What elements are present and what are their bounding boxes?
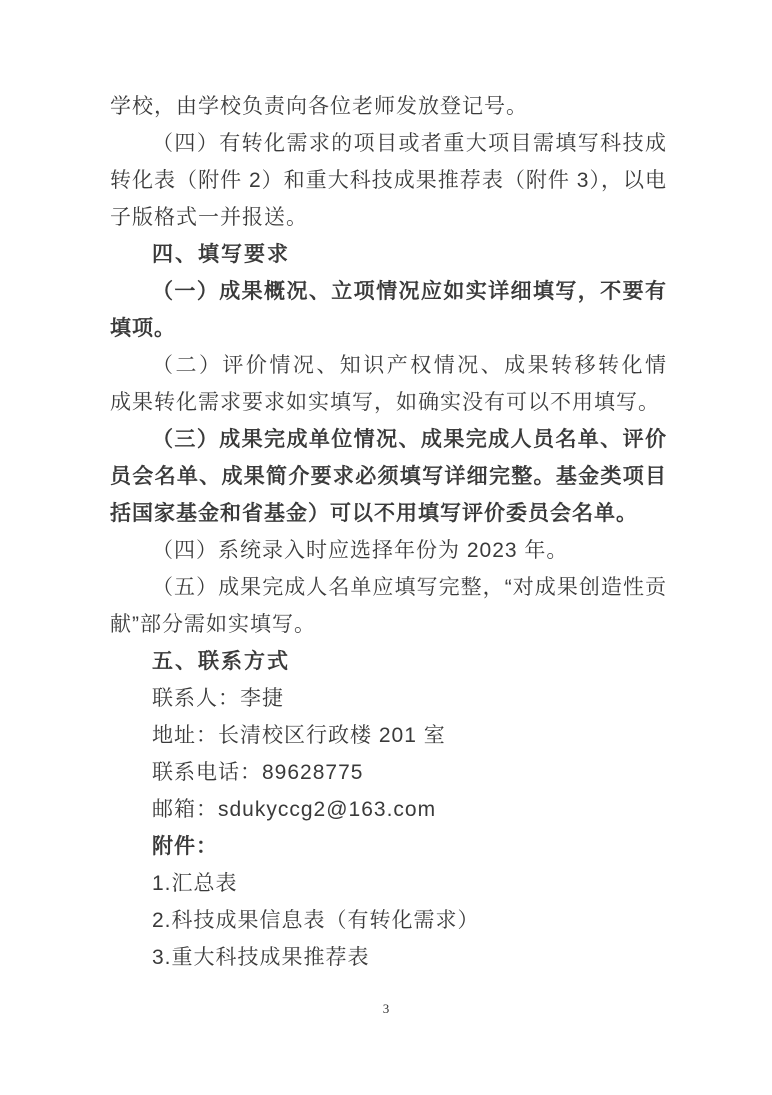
attachment-item: 1.汇总表 [110, 865, 667, 902]
para-req-5: （五）成果完成人名单应填写完整，“对成果创造性贡 献”部分需如实填写。 [110, 569, 667, 643]
attachment-3: 3.重大科技成果推荐表 [110, 939, 667, 976]
page-footer: 3 [0, 1000, 772, 1018]
para-req-3: （三）成果完成单位情况、成果完成人员名单、评价委 员会名单、成果简介要求必须填写… [110, 421, 667, 532]
text-line: 员会名单、成果简介要求必须填写详细完整。基金类项目（包 [110, 458, 667, 495]
attachment-1: 1.汇总表 [110, 865, 667, 902]
section-heading: 四、填写要求 [110, 236, 667, 273]
text-line: 献”部分需如实填写。 [110, 606, 667, 643]
para-req-1: （一）成果概况、立项情况应如实详细填写，不要有漏 填项。 [110, 273, 667, 347]
document-page: 学校，由学校负责向各位老师发放登记号。 （四）有转化需求的项目或者重大项目需填写… [0, 0, 772, 1095]
text-line: （二）评价情况、知识产权情况、成果转移转化情况、 [110, 347, 667, 384]
text-line: 成果转化需求要求如实填写，如确实没有可以不用填写。 [110, 384, 667, 421]
page-content: 学校，由学校负责向各位老师发放登记号。 （四）有转化需求的项目或者重大项目需填写… [110, 88, 667, 976]
text-line: 学校，由学校负责向各位老师发放登记号。 [110, 88, 667, 125]
para-page-carryover: 学校，由学校负责向各位老师发放登记号。 [110, 88, 667, 125]
attachment-item: 3.重大科技成果推荐表 [110, 939, 667, 976]
text-line: 子版格式一并报送。 [110, 199, 667, 236]
text-line: 联系电话：89628775 [110, 754, 667, 791]
text-line: （三）成果完成单位情况、成果完成人员名单、评价委 [110, 421, 667, 458]
heading-section5: 五、联系方式 [110, 643, 667, 680]
para-req-4: （四）系统录入时应选择年份为 2023 年。 [110, 532, 667, 569]
text-line: 联系人：李捷 [110, 680, 667, 717]
contact-address: 地址：长清校区行政楼 201 室 [110, 717, 667, 754]
para-item4-conversion-forms: （四）有转化需求的项目或者重大项目需填写科技成果 转化表（附件 2）和重大科技成… [110, 125, 667, 236]
attachments-heading: 附件： [110, 828, 667, 865]
text-line: 括国家基金和省基金）可以不用填写评价委员会名单。 [110, 495, 667, 532]
text-line: 填项。 [110, 310, 667, 347]
text-line: 转化表（附件 2）和重大科技成果推荐表（附件 3），以电 [110, 162, 667, 199]
text-line: （五）成果完成人名单应填写完整，“对成果创造性贡 [110, 569, 667, 606]
contact-phone: 联系电话：89628775 [110, 754, 667, 791]
para-req-2: （二）评价情况、知识产权情况、成果转移转化情况、 成果转化需求要求如实填写，如确… [110, 347, 667, 421]
text-line: （四）有转化需求的项目或者重大项目需填写科技成果 [110, 125, 667, 162]
text-line: 邮箱：sdukyccg2@163.com [110, 791, 667, 828]
attachment-item: 2.科技成果信息表（有转化需求） [110, 902, 667, 939]
attachments-label: 附件： [110, 828, 667, 865]
text-line: （一）成果概况、立项情况应如实详细填写，不要有漏 [110, 273, 667, 310]
text-line: 地址：长清校区行政楼 201 室 [110, 717, 667, 754]
text-line: （四）系统录入时应选择年份为 2023 年。 [110, 532, 667, 569]
heading-section4: 四、填写要求 [110, 236, 667, 273]
contact-person: 联系人：李捷 [110, 680, 667, 717]
attachment-2: 2.科技成果信息表（有转化需求） [110, 902, 667, 939]
contact-email: 邮箱：sdukyccg2@163.com [110, 791, 667, 828]
section-heading: 五、联系方式 [110, 643, 667, 680]
page-number: 3 [383, 1001, 390, 1016]
